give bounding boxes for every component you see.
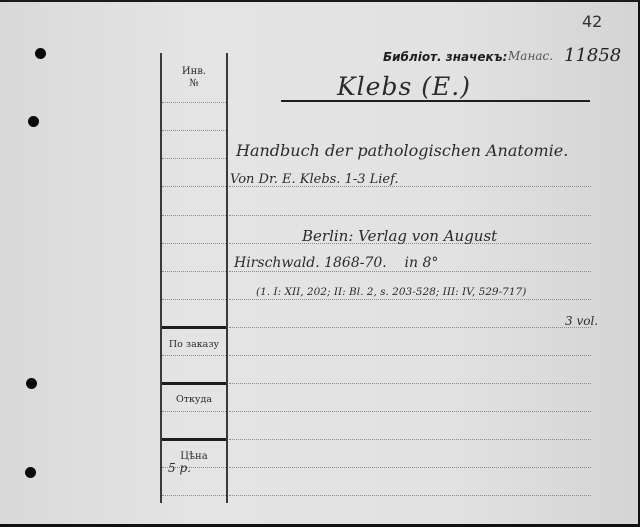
- library-mark-value: Манас.: [508, 49, 553, 63]
- rule-line: [162, 495, 226, 496]
- imprint-line-2: Hirschwald. 1868-70. in 8°: [234, 255, 438, 271]
- section-divider: [162, 438, 226, 441]
- library-mark-label: Библіот. значекъ:: [383, 50, 507, 64]
- author-heading: Klebs (E.): [337, 72, 471, 101]
- volume-count: 3 vol.: [565, 314, 598, 328]
- rule-line: [162, 411, 226, 412]
- rule-line: [229, 299, 591, 300]
- rule-line: [229, 355, 591, 356]
- order-label: По заказу: [162, 339, 226, 350]
- rule-line: [162, 158, 226, 159]
- section-divider: [162, 382, 226, 385]
- punch-hole: [28, 116, 39, 127]
- rule-line: [229, 439, 591, 440]
- left-column-border-left: [160, 53, 162, 503]
- page-number: 42: [582, 12, 602, 31]
- punch-hole: [26, 378, 37, 389]
- rule-line: [229, 467, 591, 468]
- rule-line: [162, 271, 226, 272]
- rule-line: [162, 243, 226, 244]
- punch-hole: [25, 467, 36, 478]
- imprint-line-1: Berlin: Verlag von August: [302, 227, 497, 245]
- rule-line: [229, 383, 591, 384]
- price-value: 5 р.: [168, 461, 191, 475]
- rule-line: [229, 215, 591, 216]
- section-divider: [162, 326, 226, 329]
- rule-line: [162, 186, 226, 187]
- rule-line: [229, 271, 591, 272]
- rule-line: [229, 495, 591, 496]
- rule-line: [162, 355, 226, 356]
- rule-line: [229, 327, 591, 328]
- rule-line: [229, 411, 591, 412]
- title-line-2: Von Dr. E. Klebs. 1-3 Lief.: [230, 172, 399, 187]
- inventory-number-label: №: [162, 78, 226, 89]
- title-line-1: Handbuch der pathologischen Anatomie.: [236, 141, 568, 160]
- left-column-border-right: [226, 53, 228, 503]
- source-label: Откуда: [162, 394, 226, 405]
- punch-hole: [35, 48, 46, 59]
- rule-line: [162, 102, 226, 103]
- rule-line: [162, 299, 226, 300]
- rule-line: [162, 215, 226, 216]
- rule-line: [162, 130, 226, 131]
- collation: (1. I: XII, 202; II: Bl. 2, s. 203-528; …: [256, 286, 526, 298]
- inventory-label: Инв.: [162, 66, 226, 77]
- library-number: 11858: [564, 45, 621, 66]
- catalog-card: 42 Библіот. значекъ: Манас. 11858 Klebs …: [0, 2, 640, 527]
